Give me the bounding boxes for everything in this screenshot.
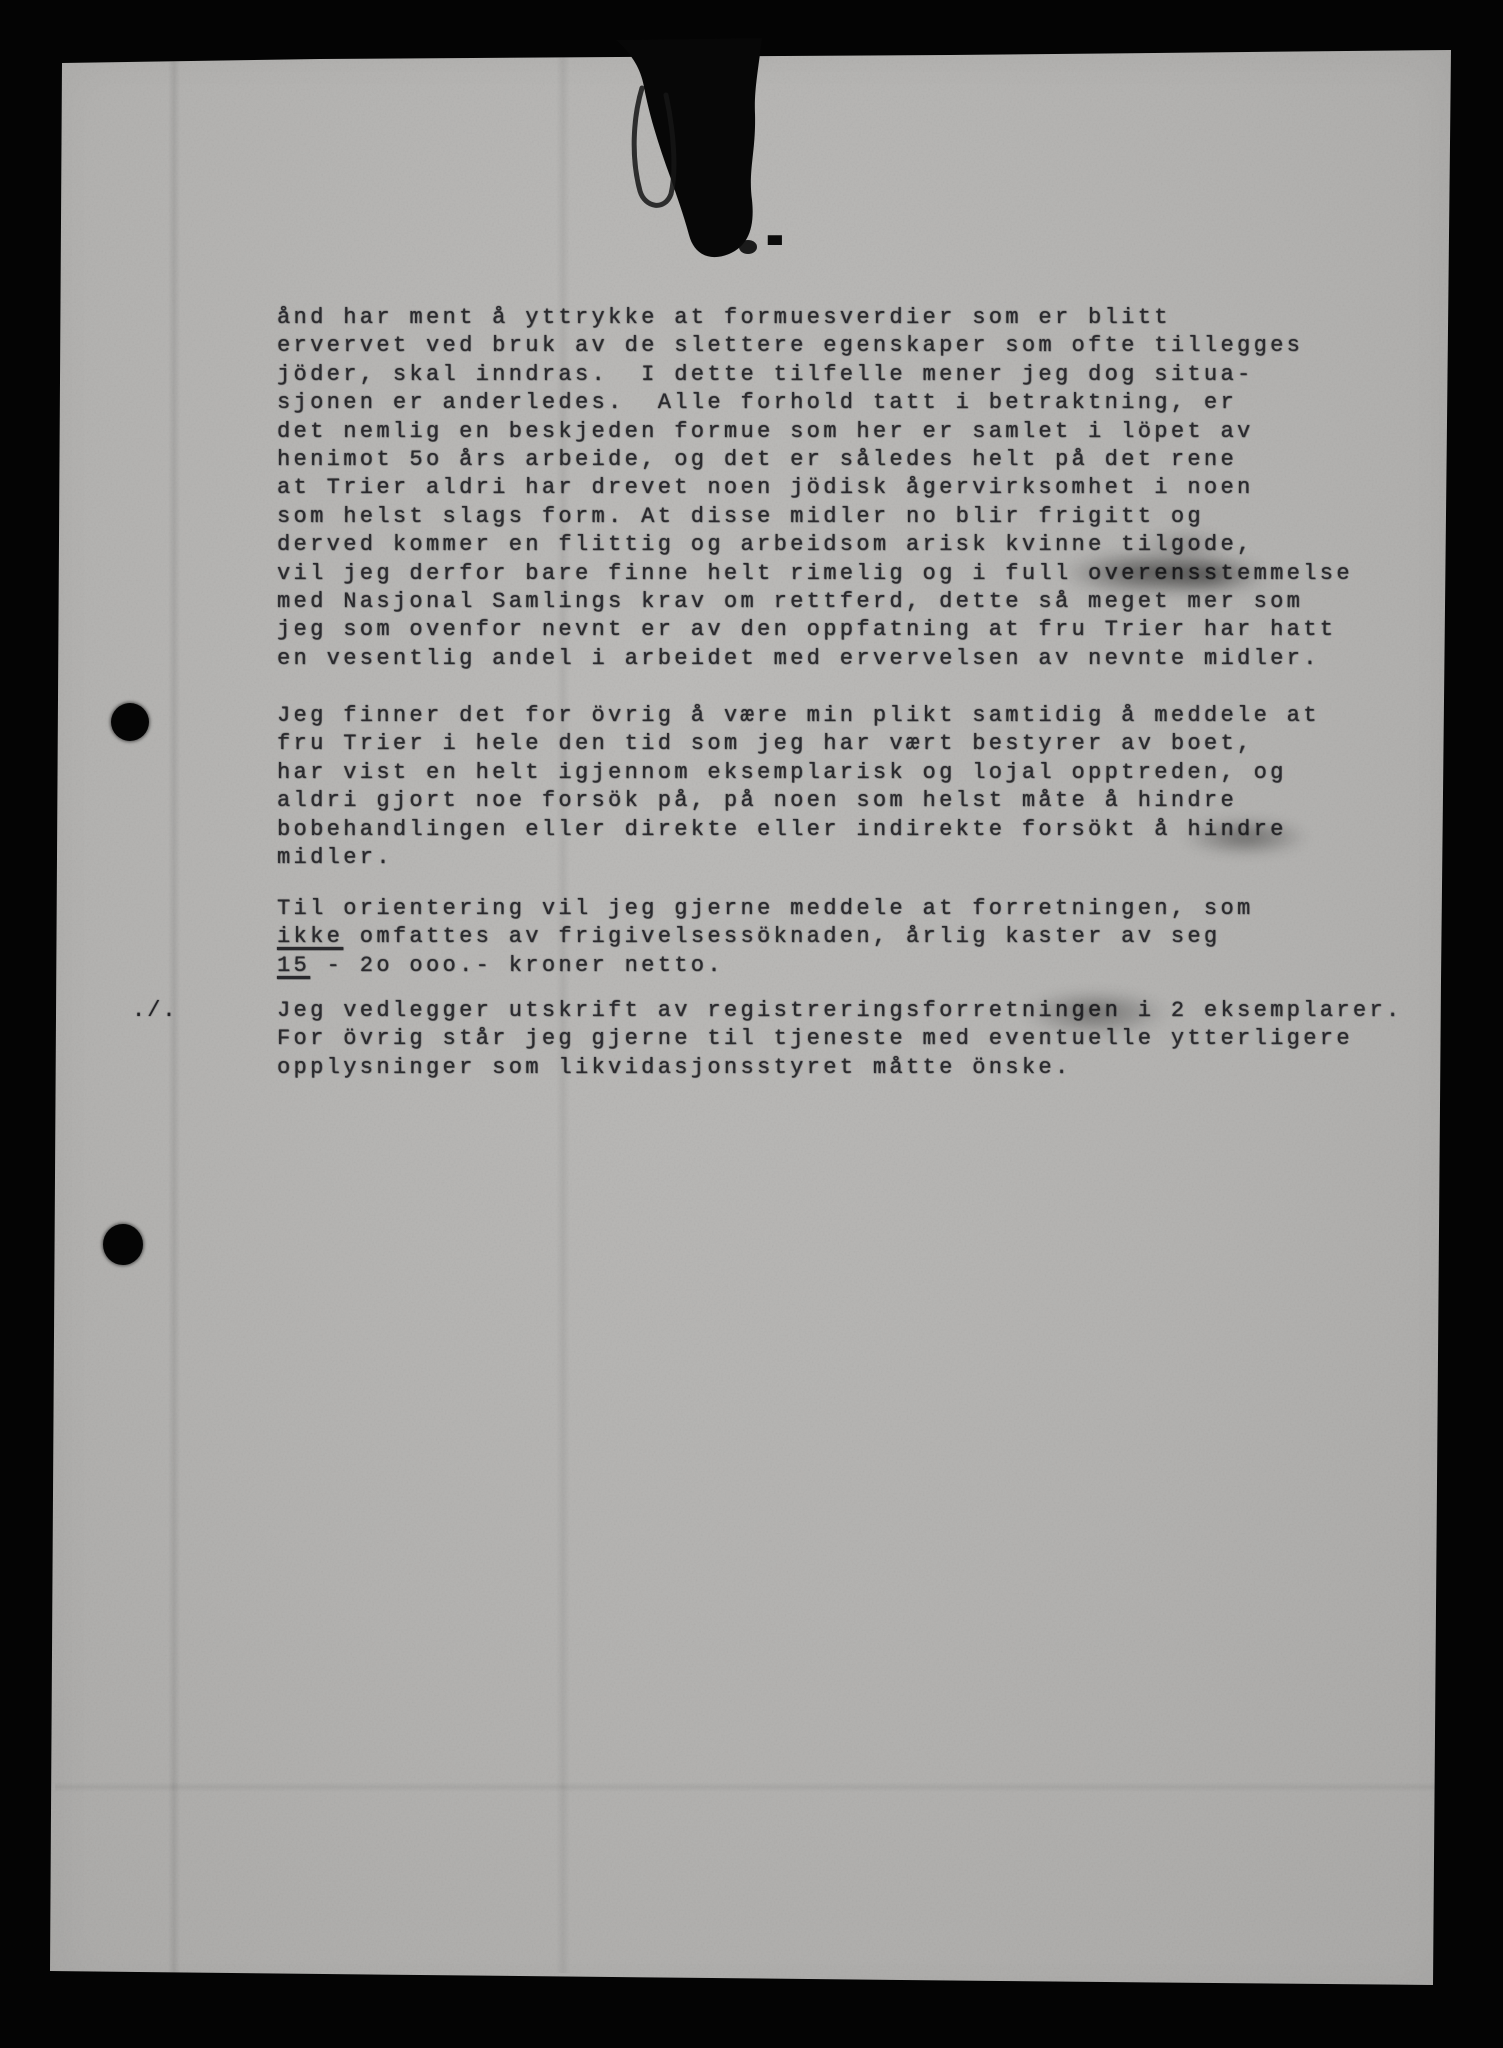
- text-line: jeg som ovenfor nevnt er av den oppfatni…: [277, 616, 1353, 644]
- paragraph-1: ånd har ment å yttrykke at formuesverdie…: [277, 304, 1353, 673]
- paper-crease-horizontal: [55, 1782, 1435, 1792]
- text-line: sjonen er anderledes. Alle forhold tatt …: [277, 389, 1353, 417]
- paper-sheet: ånd har ment å yttrykke at formuesverdie…: [0, 0, 1503, 2048]
- text-line: jöder, skal inndras. I dette tilfelle me…: [277, 361, 1353, 389]
- text-segment: - 2o ooo.- kroner netto.: [310, 953, 724, 978]
- text-line: opplysninger som likvidasjonsstyret mått…: [277, 1054, 1403, 1082]
- text-line: ånd har ment å yttrykke at formuesverdie…: [277, 304, 1353, 332]
- text-line: som helst slags form. At disse midler no…: [277, 503, 1353, 531]
- text-line: en vesentlig andel i arbeidet med erverv…: [277, 645, 1353, 673]
- scanned-page-background: ånd har ment å yttrykke at formuesverdie…: [0, 0, 1503, 2048]
- text-line: Jeg finner det for övrig å være min plik…: [277, 702, 1320, 730]
- text-line: bobehandlingen eller direkte eller indir…: [277, 816, 1320, 844]
- text-line: derved kommer en flittig og arbeidsom ar…: [277, 531, 1353, 559]
- paragraph-4: Jeg vedlegger utskrift av registreringsf…: [277, 997, 1403, 1082]
- text-line: det nemlig en beskjeden formue som her e…: [277, 418, 1353, 446]
- text-line: fru Trier i hele den tid som jeg har vær…: [277, 730, 1320, 758]
- text-line: Til orientering vil jeg gjerne meddele a…: [277, 895, 1254, 923]
- text-line: ervervet ved bruk av de slettere egenska…: [277, 332, 1353, 360]
- paragraph-2: Jeg finner det for övrig å være min plik…: [277, 702, 1320, 872]
- text-line: ikke omfattes av frigivelsessöknaden, år…: [277, 923, 1254, 951]
- text-line: med Nasjonal Samlings krav om rettferd, …: [277, 588, 1353, 616]
- text-line: har vist en helt igjennom eksemplarisk o…: [277, 759, 1320, 787]
- text-line: vil jeg derfor bare finne helt rimelig o…: [277, 560, 1353, 588]
- paragraph-3: Til orientering vil jeg gjerne meddele a…: [277, 895, 1254, 980]
- underlined-amount: 15: [277, 953, 310, 978]
- underlined-word: ikke: [277, 924, 343, 949]
- text-line: midler.: [277, 844, 1320, 872]
- punch-hole-bottom: [103, 1224, 143, 1265]
- text-line: Jeg vedlegger utskrift av registreringsf…: [277, 997, 1403, 1025]
- text-line: aldri gjort noe forsök på, på noen som h…: [277, 787, 1320, 815]
- text-line: 15 - 2o ooo.- kroner netto.: [277, 952, 1254, 980]
- attachment-mark: ./.: [132, 997, 178, 1025]
- text-segment: omfattes av frigivelsessöknaden, årlig k…: [343, 924, 1220, 949]
- text-line: at Trier aldri har drevet noen jödisk åg…: [277, 474, 1353, 502]
- text-line: For övrig står jeg gjerne til tjeneste m…: [277, 1025, 1403, 1053]
- punch-hole-top: [111, 703, 149, 741]
- page-number-dash: -: [761, 202, 789, 271]
- text-line: henimot 5o års arbeide, og det er sålede…: [277, 446, 1353, 474]
